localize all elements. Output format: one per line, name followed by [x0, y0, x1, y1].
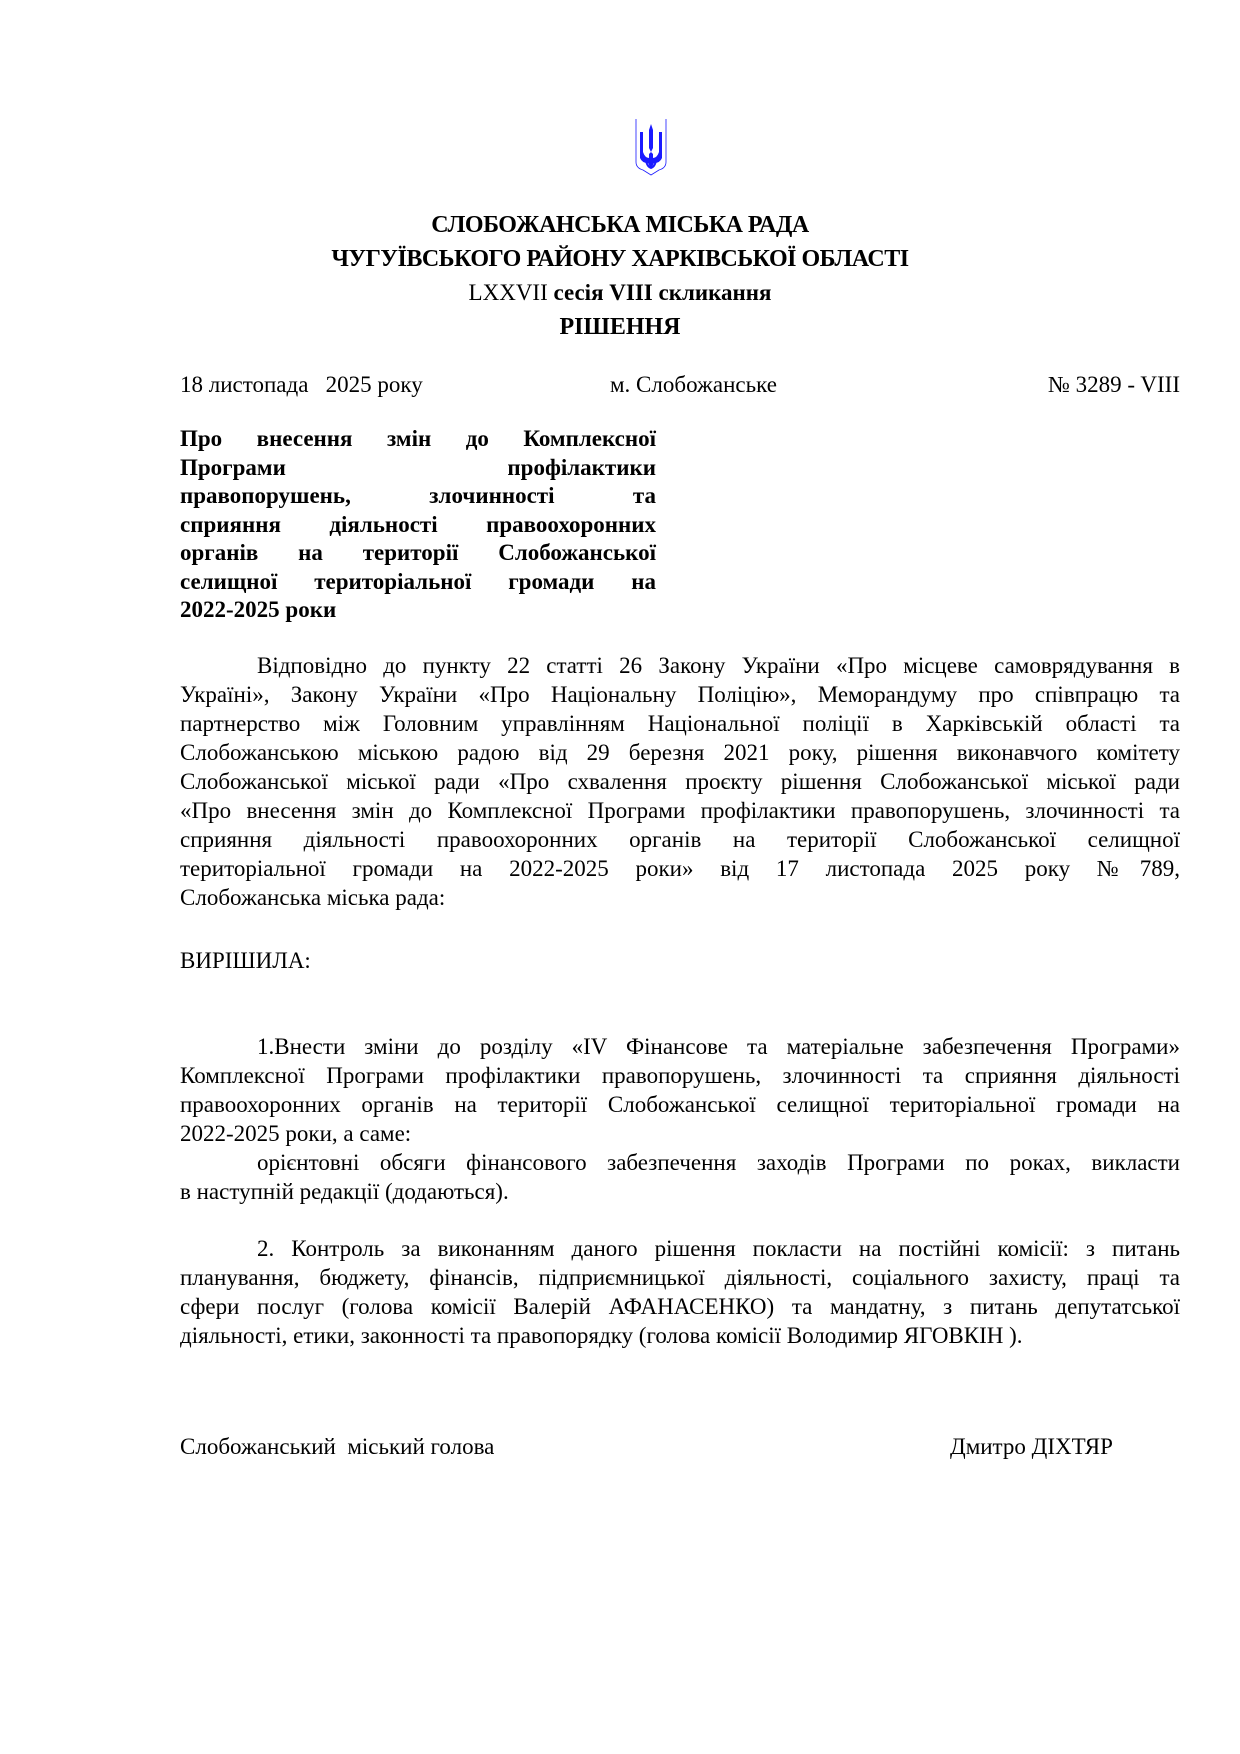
decision-place: м. Слобожанське	[610, 370, 777, 400]
district-name: ЧУГУЇВСЬКОГО РАЙОНУ ХАРКІВСЬКОЇ ОБЛАСТІ	[0, 244, 1240, 274]
subject-line: селищної територіальної громади на	[180, 568, 656, 597]
session-number: LXXVII	[469, 280, 548, 305]
subject-line: Про внесення змін до Комплексної	[180, 425, 656, 454]
preamble-paragraph: Відповідно до пункту 22 статті 26 Закону…	[180, 651, 1180, 912]
decision-date: 18 листопада 2025 року	[180, 370, 423, 400]
item-line: правоохоронних органів на території Слоб…	[180, 1090, 1180, 1119]
signatory-name: Дмитро ДІХТЯР	[950, 1432, 1113, 1462]
preamble-line: Відповідно до пункту 22 статті 26 Закону…	[180, 651, 1180, 680]
decision-subject: Про внесення змін до Комплексної Програм…	[180, 425, 656, 625]
decided-label: ВИРІШИЛА:	[180, 946, 1180, 975]
preamble-line: партнерство між Головним управлінням Нац…	[180, 709, 1180, 738]
subject-line: сприяння діяльності правоохоронних	[180, 511, 656, 540]
subject-line: правопорушень, злочинності та	[180, 482, 656, 511]
preamble-line: територіальної громади на 2022-2025 роки…	[180, 854, 1180, 883]
item-line: планування, бюджету, фінансів, підприємн…	[180, 1263, 1180, 1292]
preamble-line: Слобожанською міською радою від 29 берез…	[180, 738, 1180, 767]
preamble-line: Слобожанської міської ради «Про схваленн…	[180, 767, 1180, 796]
item-line: сфери послуг (голова комісії Валерій АФА…	[180, 1292, 1180, 1321]
signatory-title: Слобожанський міський голова	[180, 1432, 494, 1462]
document-meta: 18 листопада 2025 року м. Слобожанське №…	[180, 370, 1180, 400]
decision-title: РІШЕННЯ	[0, 312, 1240, 342]
preamble-line: сприяння діяльності правоохоронних орган…	[180, 825, 1180, 854]
item-line: орієнтовні обсяги фінансового забезпечен…	[180, 1148, 1180, 1177]
item-line: діяльності, етики, законності та правопо…	[180, 1321, 1180, 1350]
item-line: Комплексної Програми профілактики правоп…	[180, 1061, 1180, 1090]
preamble-line: Слобожанська міська рада:	[180, 883, 1180, 912]
document-page: СЛОБОЖАНСЬКА МІСЬКА РАДА ЧУГУЇВСЬКОГО РА…	[0, 0, 1240, 1754]
trident-coat-of-arms-icon	[635, 118, 667, 176]
item-line: в наступній редакції (додаються).	[180, 1177, 1180, 1206]
session-line: LXXVII сесія VIII скликання	[0, 278, 1240, 308]
preamble-line: Україні», Закону України «Про Національн…	[180, 680, 1180, 709]
item-line: 1.Внести зміни до розділу «IV Фінансове …	[180, 1032, 1180, 1061]
decision-number: № 3289 - VIII	[1048, 370, 1180, 400]
decision-item-1: 1.Внести зміни до розділу «IV Фінансове …	[180, 1032, 1180, 1206]
preamble-line: «Про внесення змін до Комплексної Програ…	[180, 796, 1180, 825]
item-line: 2. Контроль за виконанням даного рішення…	[180, 1234, 1180, 1263]
subject-line: органів на території Слобожанської	[180, 539, 656, 568]
decision-item-2: 2. Контроль за виконанням даного рішення…	[180, 1234, 1180, 1350]
subject-line: Програми профілактики	[180, 454, 656, 483]
council-name: СЛОБОЖАНСЬКА МІСЬКА РАДА	[0, 210, 1240, 240]
item-line: 2022-2025 роки, а саме:	[180, 1119, 1180, 1148]
subject-line: 2022-2025 роки	[180, 596, 656, 625]
session-text: сесія VIII скликання	[548, 280, 772, 305]
